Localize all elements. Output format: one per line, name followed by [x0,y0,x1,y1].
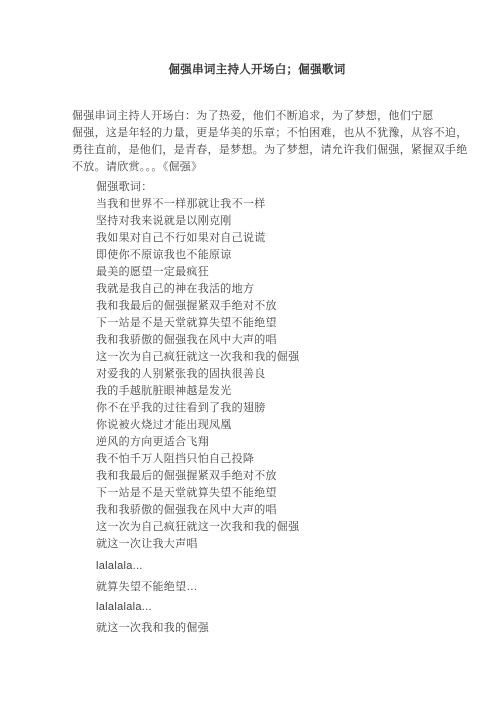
lyric-line: 我如果对自己不行如果对自己说谎 [96,230,442,247]
lyric-line: 你说被火烧过才能出现凤凰 [96,417,442,434]
lyric-line: 我的手越肮脏眼神越是发光 [96,383,442,400]
outro-list: lalalala...就算失望不能绝望…lalalalala...就这一次我和我… [72,556,442,638]
lyric-line: 当我和世界不一样那就让我不一样 [96,196,442,213]
intro-line: 倔强串词主持人开场白：为了热爱，他们不断追求，为了梦想，他们宁愿 [72,108,442,125]
intro-line: 勇往直前，是他们，是青春，是梦想。为了梦想，请允许我们倔强，紧握双手绝 [72,142,442,159]
lyric-line: 你不在乎我的过往看到了我的翅膀 [96,400,442,417]
lyric-line: 对爱我的人别紧张我的固执很善良 [96,366,442,383]
lyric-line: 这一次为自己疯狂就这一次我和我的倔强 [96,519,442,536]
lyric-line: 我不怕千万人阻挡只怕自己投降 [96,451,442,468]
lyric-line: 下一站是不是天堂就算失望不能绝望 [96,315,442,332]
lyric-line: 我和我骄傲的倔强我在风中大声的唱 [96,332,442,349]
lyric-line: 我和我最后的倔强握紧双手绝对不放 [96,468,442,485]
lyric-line: 我就是我自己的神在我活的地方 [96,281,442,298]
outro-line: lalalala... [96,556,442,577]
lyric-line: 坚持对我来说就是以刚克刚 [96,213,442,230]
document-page: 倔强串词主持人开场白；倔强歌词 倔强串词主持人开场白：为了热爱，他们不断追求，为… [0,0,500,708]
lyrics-list: 当我和世界不一样那就让我不一样坚持对我来说就是以刚克刚我如果对自己不行如果对自己… [72,196,442,553]
intro-line: 倔强，这是年轻的力量，更是华美的乐章；不怕困难，也从不犹豫，从容不迫， [72,125,442,142]
page-title: 倔强串词主持人开场白；倔强歌词 [72,0,442,79]
lyric-line: 我和我骄傲的倔强我在风中大声的唱 [96,502,442,519]
lyric-line: 这一次为自己疯狂就这一次我和我的倔强 [96,349,442,366]
outro-line: lalalalala... [96,597,442,618]
intro-line: 不放。请欣赏。。。《倔强》 [72,159,442,176]
outro-line: 就算失望不能绝望… [96,577,442,598]
lyric-line: 下一站是不是天堂就算失望不能绝望 [96,485,442,502]
lyric-line: 我和我最后的倔强握紧双手绝对不放 [96,298,442,315]
outro-line: 就这一次我和我的倔强 [96,618,442,639]
lyric-line: 逆风的方向更适合飞翔 [96,434,442,451]
lyric-line: 即使你不原谅我也不能原谅 [96,247,442,264]
lyrics-heading: 倔强歌词： [72,179,442,196]
lyric-line: 最美的愿望一定最疯狂 [96,264,442,281]
intro-paragraph: 倔强串词主持人开场白：为了热爱，他们不断追求，为了梦想，他们宁愿倔强，这是年轻的… [72,108,442,176]
lyric-line: 就这一次让我大声唱 [96,536,442,553]
